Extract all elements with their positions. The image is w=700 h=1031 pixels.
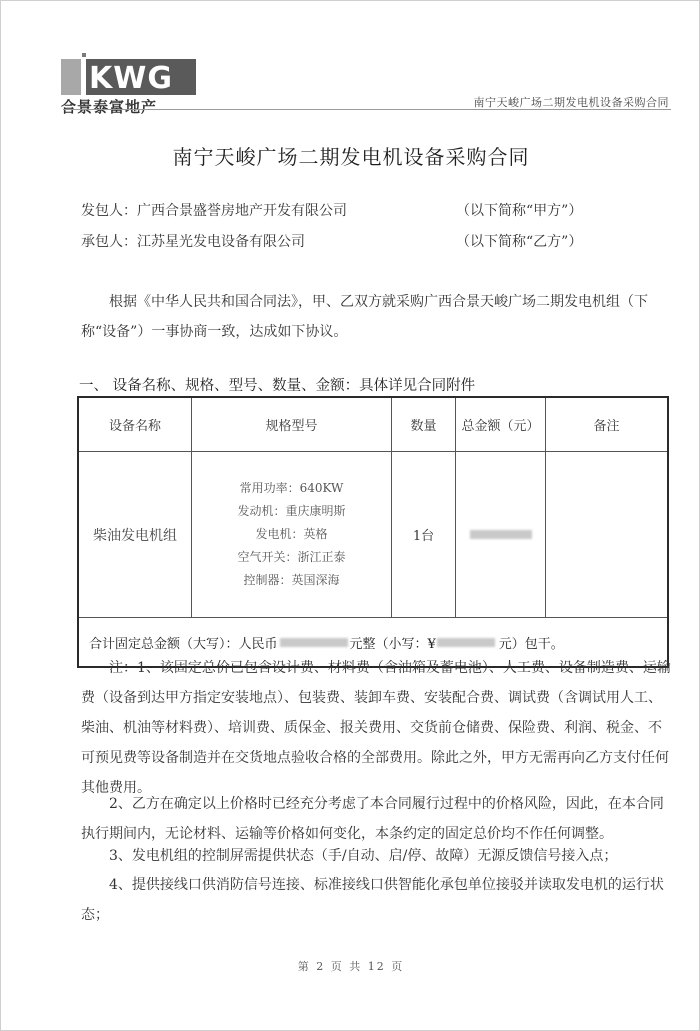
redacted-total-words [280, 638, 348, 647]
logo-mark: KWG [89, 63, 173, 95]
table-row: 柴油发电机组 常用功率：640KW 发动机：重庆康明斯 发电机：英格 空气开关：… [79, 452, 667, 618]
logo-dot [82, 53, 86, 57]
page-number: 第 2 页 共 12 页 [1, 958, 700, 974]
spec-line: 常用功率：640KW [237, 477, 345, 500]
column-header-remark: 备注 [546, 398, 667, 451]
column-header-name: 设备名称 [79, 398, 192, 451]
party-employer: 发包人：广西合景盛誉房地产开发有限公司 [81, 200, 347, 220]
equipment-amount-redacted [456, 452, 546, 617]
note-2: 2、乙方在确定以上价格时已经充分考虑了本合同履行过程中的价格风险，因此，在本合同… [81, 789, 671, 849]
column-header-amount: 总金额（元） [456, 398, 546, 451]
company-logo: KWG 合景泰富地产 [61, 49, 201, 109]
preamble-paragraph: 根据《中华人民共和国合同法》，甲、乙双方就采购广西合景天峻广场二期发电机组（下称… [81, 287, 671, 347]
total-mid: 元整（小写：¥ [350, 633, 436, 652]
party-employer-abbr: （以下简称“甲方”） [456, 200, 582, 220]
redacted-total-figures [437, 638, 495, 647]
total-prefix: 合计固定总金额（大写）：人民币 [89, 633, 278, 652]
column-header-spec: 规格型号 [192, 398, 392, 451]
equipment-table: 设备名称 规格型号 数量 总金额（元） 备注 柴油发电机组 常用功率：640KW… [77, 396, 669, 668]
party-contractor: 承包人：江苏星光发电设备有限公司 [81, 231, 305, 251]
table-header-row: 设备名称 规格型号 数量 总金额（元） 备注 [79, 398, 667, 452]
spec-line: 发动机：重庆康明斯 [237, 500, 345, 523]
party-role: 发包人： [81, 203, 137, 219]
note-1: 注：1、该固定总价已包含设计费、材料费（含油箱及蓄电池）、人工费、设备制造费、运… [81, 653, 671, 803]
total-suffix: 元）包干。 [499, 633, 564, 652]
document-title: 南宁天峻广场二期发电机设备采购合同 [1, 141, 700, 170]
party-contractor-abbr: （以下简称“乙方”） [456, 231, 582, 251]
spec-line: 发电机：英格 [237, 523, 345, 546]
note-4: 4、提供接线口供消防信号连接、标准接线口供智能化承包单位接驳并读取发电机的运行状… [81, 870, 671, 930]
party-name: 广西合景盛誉房地产开发有限公司 [137, 203, 347, 219]
equipment-name: 柴油发电机组 [79, 452, 192, 617]
equipment-remark [546, 452, 667, 617]
equipment-quantity: 1台 [392, 452, 456, 617]
party-name: 江苏星光发电设备有限公司 [137, 234, 305, 250]
party-role: 承包人： [81, 234, 137, 250]
redacted-amount [470, 530, 532, 539]
header-divider [63, 109, 671, 110]
document-page: KWG 合景泰富地产 南宁天峻广场二期发电机设备采购合同 南宁天峻广场二期发电机… [0, 0, 700, 1031]
running-header-title: 南宁天峻广场二期发电机设备采购合同 [474, 94, 670, 110]
spec-line: 空气开关：浙江正泰 [237, 546, 345, 569]
equipment-spec: 常用功率：640KW 发动机：重庆康明斯 发电机：英格 空气开关：浙江正泰 控制… [192, 452, 392, 617]
logo-light-block [61, 59, 81, 95]
logo-company-name: 合景泰富地产 [61, 96, 157, 117]
column-header-quantity: 数量 [392, 398, 456, 451]
note-3: 3、发电机组的控制屏需提供状态（手/自动、启/停、故障）无源反馈信号接入点； [81, 841, 671, 871]
spec-line: 控制器：英国深海 [237, 569, 345, 592]
section-1-heading: 一、 设备名称、规格、型号、数量、金额：具体详见合同附件 [79, 374, 475, 395]
